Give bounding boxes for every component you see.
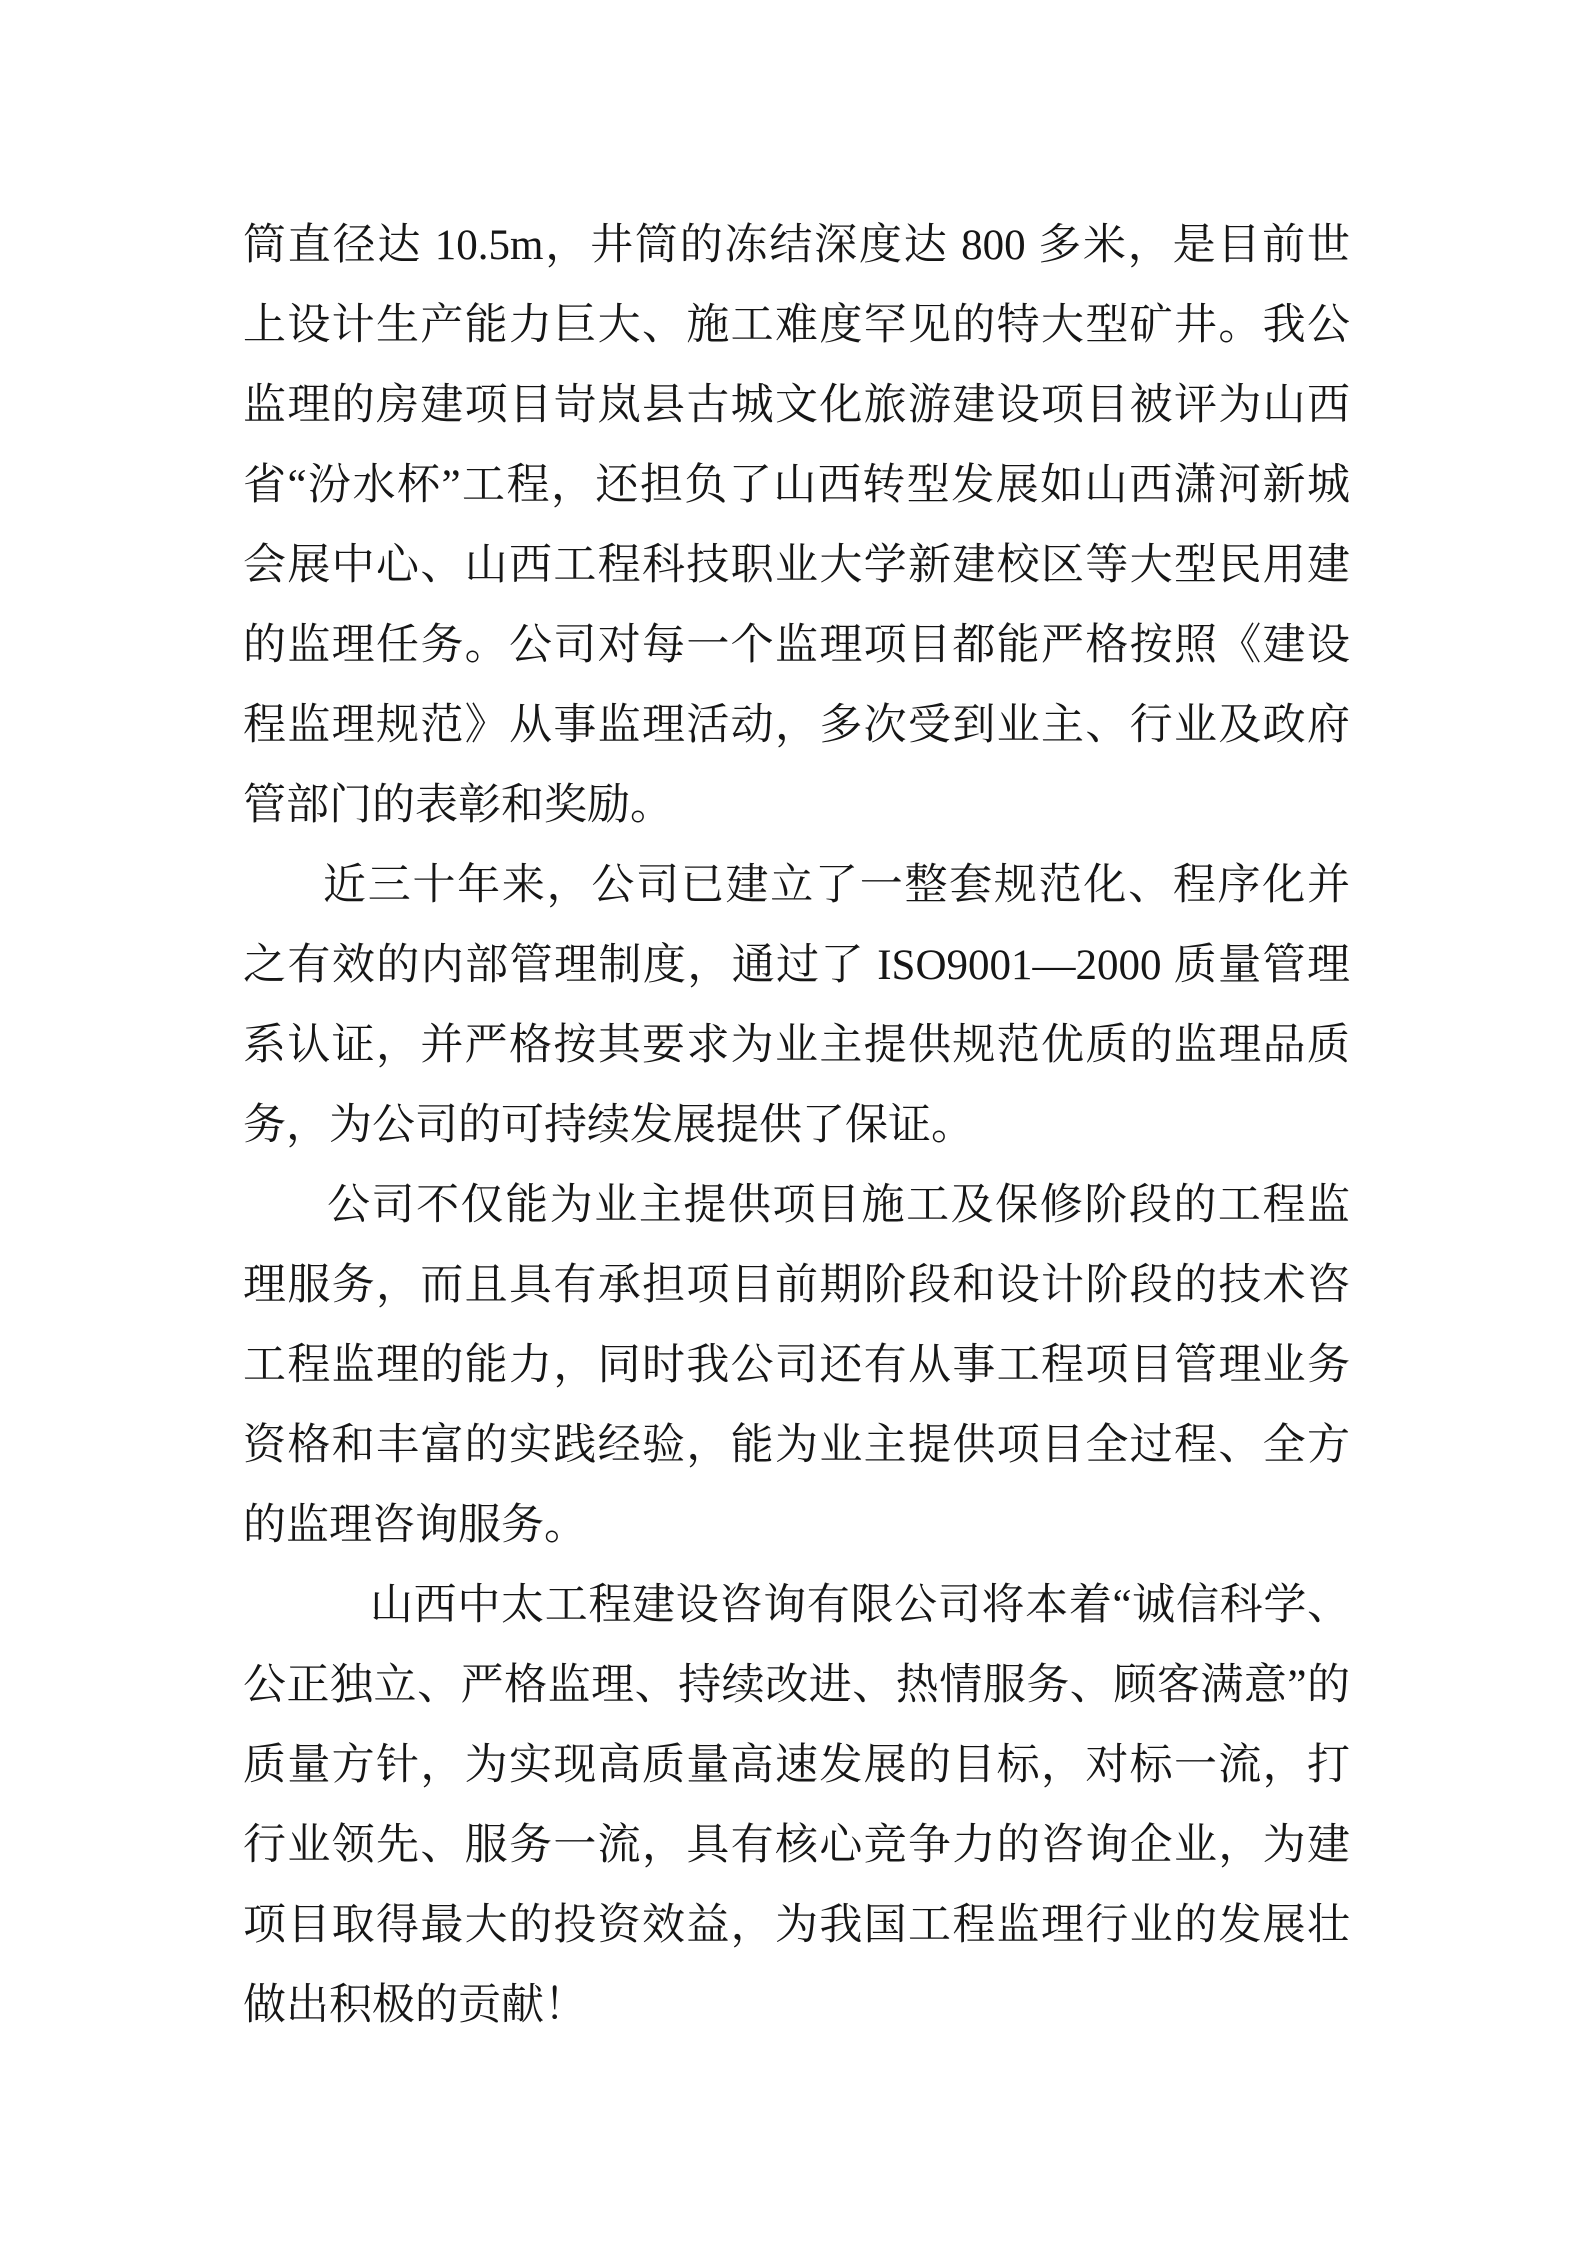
text-line: 近三十年来，公司已建立了一整套规范化、程序化并行 <box>243 846 1350 926</box>
paragraph: 公司不仅能为业主提供项目施工及保修阶段的工程监理服务，而且具有承担项目前期阶段和… <box>243 1166 1350 1566</box>
text-line: 资格和丰富的实践经验，能为业主提供项目全过程、全方位 <box>243 1406 1350 1486</box>
text-line: 监理的房建项目岢岚县古城文化旅游建设项目被评为山西 <box>243 366 1350 446</box>
text-line: 务，为公司的可持续发展提供了保证。 <box>243 1086 1350 1166</box>
text-line: 行业领先、服务一流，具有核心竞争力的咨询企业，为建设 <box>243 1806 1350 1886</box>
text-line: 之有效的内部管理制度，通过了 ISO9001—2000 质量管理体 <box>243 926 1350 1006</box>
text-line: 的监理咨询服务。 <box>243 1486 1350 1566</box>
text-block: 筒直径达 10.5m，井筒的冻结深度达 800 多米，是目前世界上设计生产能力巨… <box>243 206 1350 2046</box>
document-page: 筒直径达 10.5m，井筒的冻结深度达 800 多米，是目前世界上设计生产能力巨… <box>0 0 1587 2245</box>
text-line: 山西中太工程建设咨询有限公司将本着“诚信科学、 <box>243 1566 1350 1646</box>
text-line: 筒直径达 10.5m，井筒的冻结深度达 800 多米，是目前世界 <box>243 206 1350 286</box>
text-line: 工程监理的能力，同时我公司还有从事工程项目管理业务的 <box>243 1326 1350 1406</box>
paragraph: 筒直径达 10.5m，井筒的冻结深度达 800 多米，是目前世界上设计生产能力巨… <box>243 206 1350 846</box>
text-line: 理服务，而且具有承担项目前期阶段和设计阶段的技术咨询、 <box>243 1246 1350 1326</box>
text-line: 省“汾水杯”工程，还担负了山西转型发展如山西潇河新城 <box>243 446 1350 526</box>
text-line: 会展中心、山西工程科技职业大学新建校区等大型民用建筑 <box>243 526 1350 606</box>
text-line: 公司不仅能为业主提供项目施工及保修阶段的工程监 <box>243 1166 1350 1246</box>
paragraph: 近三十年来，公司已建立了一整套规范化、程序化并行之有效的内部管理制度，通过了 I… <box>243 846 1350 1166</box>
text-line: 上设计生产能力巨大、施工难度罕见的特大型矿井。我公司 <box>243 286 1350 366</box>
text-line: 系认证，并严格按其要求为业主提供规范优质的监理品质服 <box>243 1006 1350 1086</box>
text-line: 项目取得最大的投资效益，为我国工程监理行业的发展壮大 <box>243 1886 1350 1966</box>
text-line: 管部门的表彰和奖励。 <box>243 766 1350 846</box>
text-line: 做出积极的贡献！ <box>243 1966 1350 2046</box>
text-line: 的监理任务。公司对每一个监理项目都能严格按照《建设工 <box>243 606 1350 686</box>
text-line: 程监理规范》从事监理活动，多次受到业主、行业及政府监 <box>243 686 1350 766</box>
paragraph: 山西中太工程建设咨询有限公司将本着“诚信科学、公正独立、严格监理、持续改进、热情… <box>243 1566 1350 2046</box>
text-line: 质量方针，为实现高质量高速发展的目标，对标一流，打造 <box>243 1726 1350 1806</box>
text-line: 公正独立、严格监理、持续改进、热情服务、顾客满意”的 <box>243 1646 1350 1726</box>
